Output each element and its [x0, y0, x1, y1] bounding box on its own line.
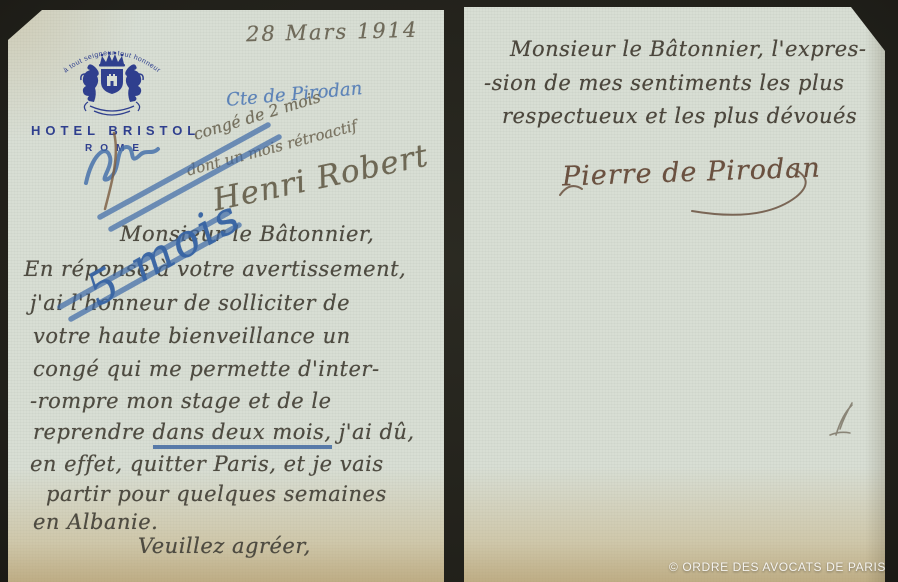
letter-body-line-underlined: reprendre dans deux mois, j'ai dû,: [33, 420, 415, 444]
letter-body-line: votre haute bienveillance un: [33, 324, 351, 348]
letter-body-line: partir pour quelques semaines: [46, 482, 387, 506]
signature-flourish-icon: [552, 153, 822, 223]
photo-background: à tout seigneur tout honneur: [0, 0, 898, 582]
letter-body-line: en Albanie.: [33, 510, 158, 534]
letter-body-line: congé qui me permette d'inter-: [33, 357, 380, 381]
letter-body-line: Monsieur le Bâtonnier, l'expres-: [510, 37, 867, 61]
letter-page-2: Monsieur le Bâtonnier, l'expres- -sion d…: [464, 7, 885, 582]
copyright-notice: © ORDRE DES AVOCATS DE PARIS: [669, 560, 886, 574]
shield-icon: [101, 69, 123, 94]
letter-body-line: Veuillez agréer,: [138, 534, 311, 558]
crossed-out-scribble: [86, 147, 158, 183]
line7-post: j'ai dû,: [332, 420, 415, 444]
blue-crayon-marks: [48, 105, 288, 325]
letter-body-line: en effet, quitter Paris, et je vais: [30, 452, 384, 476]
underlined-phrase: dans deux mois,: [153, 420, 332, 449]
letter-body-line: respectueux et les plus dévoués: [502, 104, 857, 128]
letter-page-1: à tout seigneur tout honneur: [8, 10, 444, 582]
letter-body-line: -sion de mes sentiments les plus: [484, 71, 844, 95]
line7-pre: reprendre: [33, 420, 153, 444]
pencil-mark-icon: [826, 397, 862, 445]
letter-body-line: -rompre mon stage et de le: [30, 389, 332, 413]
letter-date: 28 Mars 1914: [246, 18, 419, 47]
